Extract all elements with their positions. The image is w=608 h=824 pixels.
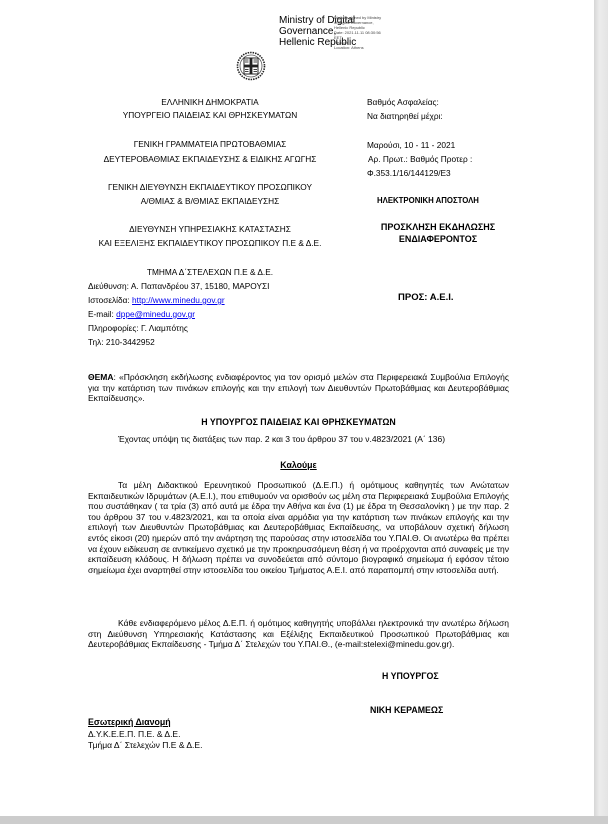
email-link[interactable]: dppe@minedu.gov.gr xyxy=(116,309,195,319)
header-directorate-line-2: ΚΑΙ ΕΞΕΛΙΞΗΣ ΕΚΠΑΙΔΕΥΤΙΚΟΥ ΠΡΟΣΩΠΙΚΟΥ Π.… xyxy=(60,238,360,248)
considering-text: Έχοντας υπόψη τις διατάξεις των παρ. 2 κ… xyxy=(88,434,509,445)
website-label: Ιστοσελίδα: xyxy=(88,295,130,305)
header-ministry: ΥΠΟΥΡΓΕΙΟ ΠΑΙΔΕΙΑΣ ΚΑΙ ΘΡΗΣΚΕΥΜΑΤΩΝ xyxy=(60,110,360,120)
retain-until: Να διατηρηθεί μέχρι: xyxy=(367,111,443,121)
header-secretariat-line-1: ΓΕΝΙΚΗ ΓΡΑΜΜΑΤΕΙΑ ΠΡΩΤΟΒΑΘΜΙΑΣ xyxy=(60,139,360,149)
info-label: Πληροφορίες: xyxy=(88,323,139,333)
greek-coat-of-arms-icon xyxy=(236,51,266,81)
header-republic: ΕΛΛΗΝΙΚΗ ΔΗΜΟΚΡΑΤΙΑ xyxy=(60,97,360,107)
contact-phone: Τηλ: 210-3442952 xyxy=(88,337,155,347)
contact-website: Ιστοσελίδα: http://www.minedu.gov.gr xyxy=(88,295,225,305)
call-heading: Καλούμε xyxy=(88,460,509,470)
paragraph-2: Κάθε ενδιαφερόμενο μέλος Δ.Ε.Π. ή ομότιμ… xyxy=(88,618,509,650)
closing-name: ΝΙΚΗ ΚΕΡΑΜΕΩΣ xyxy=(370,705,443,715)
phone-value: 210-3442952 xyxy=(106,337,155,347)
page-bottom-border xyxy=(0,816,608,824)
header-directorate-line-1: ΔΙΕΥΘΥΝΣΗ ΥΠΗΡΕΣΙΑΚΗΣ ΚΑΤΑΣΤΑΣΗΣ xyxy=(60,224,360,234)
closing-title: Η ΥΠΟΥΡΓΟΣ xyxy=(382,671,439,681)
address-label: Διεύθυνση: xyxy=(88,281,129,291)
vertical-scrollbar[interactable] xyxy=(594,0,608,816)
document-page: Ministry of Digital Governance, Hellenic… xyxy=(0,0,594,816)
distribution-heading: Εσωτερική Διανομή xyxy=(88,717,171,727)
contact-info: Πληροφορίες: Γ. Λιαμπότης xyxy=(88,323,188,333)
recipient: ΠΡΟΣ: Α.Ε.Ι. xyxy=(398,292,454,303)
document-type-line-1: ΠΡΟΣΚΛΗΣΗ ΕΚΔΗΛΩΣΗΣ xyxy=(368,222,508,232)
protocol-number: Φ.353.1/16/144129/Ε3 xyxy=(367,168,451,178)
website-link[interactable]: http://www.minedu.gov.gr xyxy=(132,295,225,305)
minister-heading: Η ΥΠΟΥΡΓΟΣ ΠΑΙΔΕΙΑΣ ΚΑΙ ΘΡΗΣΚΕΥΜΑΤΩΝ xyxy=(88,417,509,427)
phone-label: Τηλ: xyxy=(88,337,104,347)
delivery-method: ΗΛΕΚΤΡΟΝΙΚΗ ΑΠΟΣΤΟΛΗ xyxy=(377,196,479,205)
info-value: Γ. Λιαμπότης xyxy=(141,323,188,333)
header-gen-directorate-line-2: Α/ΘΜΙΑΣ & Β/ΘΜΙΑΣ ΕΚΠΑΙΔΕΥΣΗΣ xyxy=(60,196,360,206)
subject-label: ΘΕΜΑ xyxy=(88,372,114,382)
header-secretariat-line-2: ΔΕΥΤΕΡΟΒΑΘΜΙΑΣ ΕΚΠΑΙΔΕΥΣΗΣ & ΕΙΔΙΚΗΣ ΑΓΩ… xyxy=(60,154,360,164)
place-date: Μαρούσι, 10 - 11 - 2021 xyxy=(367,140,455,150)
signature-meta: Digitally signed by Ministry of Digital … xyxy=(334,15,381,50)
distribution-item: Δ.Υ.Κ.Ε.Ε.Π. Π.Ε. & Δ.Ε. xyxy=(88,729,180,739)
subject-text: : «Πρόσκληση εκδήλωσης ενδιαφέροντος για… xyxy=(88,372,509,403)
email-label: E-mail: xyxy=(88,309,114,319)
contact-address: Διεύθυνση: Α. Παπανδρέου 37, 15180, ΜΑΡΟ… xyxy=(88,281,269,291)
paragraph-1: Τα μέλη Διδακτικού Ερευνητικού Προσωπικο… xyxy=(88,480,509,575)
document-type-line-2: ΕΝΔΙΑΦΕΡΟΝΤΟΣ xyxy=(368,234,508,244)
distribution-item: Τμήμα Δ΄ Στελεχών Π.Ε & Δ.Ε. xyxy=(88,740,202,750)
signature-meta-line: Location: Athens xyxy=(334,45,381,50)
address-value: Α. Παπανδρέου 37, 15180, ΜΑΡΟΥΣΙ xyxy=(131,281,270,291)
header-gen-directorate-line-1: ΓΕΝΙΚΗ ΔΙΕΥΘΥΝΣΗ ΕΚΠΑΙΔΕΥΤΙΚΟΥ ΠΡΟΣΩΠΙΚΟ… xyxy=(60,182,360,192)
header-department: ΤΜΗΜΑ Δ΄ΣΤΕΛΕΧΩΝ Π.Ε & Δ.Ε. xyxy=(60,267,360,277)
subject: ΘΕΜΑ: «Πρόσκληση εκδήλωσης ενδιαφέροντος… xyxy=(88,372,509,404)
contact-email: E-mail: dppe@minedu.gov.gr xyxy=(88,309,195,319)
protocol-label: Αρ. Πρωτ.: Βαθμός Προτερ : xyxy=(368,154,472,164)
security-level: Βαθμός Ασφαλείας: xyxy=(367,97,439,107)
